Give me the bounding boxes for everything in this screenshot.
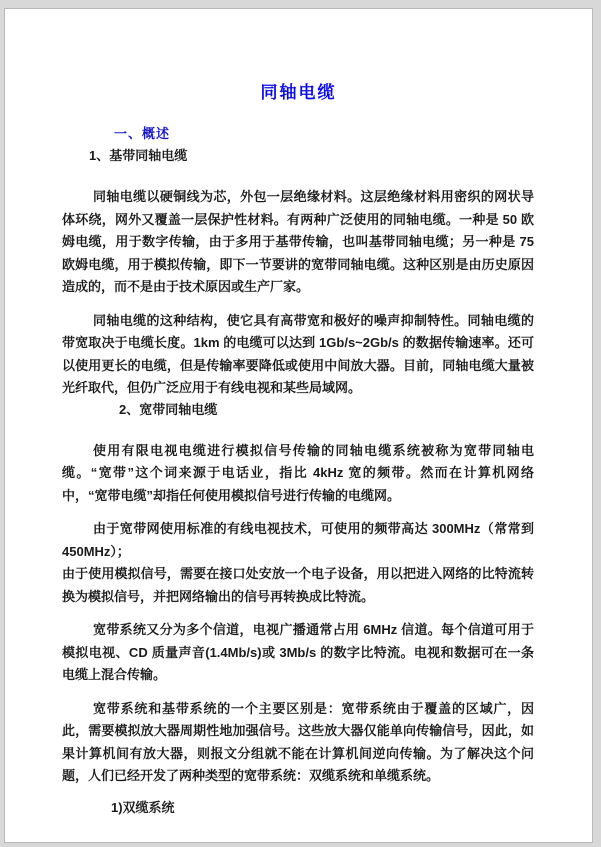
heading-broadband-coax: 2、宽带同轴电缆 xyxy=(119,401,592,418)
paragraph-broadband-frequency: 由于宽带网使用标准的有线电视技术，可使用的频带高达 300MHz（常常到 450… xyxy=(62,518,534,608)
paragraph-broadband-frequency-line2: 由于使用模拟信号，需要在接口处安放一个电子设备，用以把进入网络的比特流转换为模拟… xyxy=(62,566,534,604)
heading-baseband-coax: 1、基带同轴电缆 xyxy=(89,147,592,164)
paragraph-broadband-definition: 使用有限电视电缆进行模拟信号传输的同轴电缆系统被称为宽带同轴电缆。“宽带”这个词… xyxy=(62,440,534,508)
paragraph-baseband-structure: 同轴电缆以硬铜线为芯，外包一层绝缘材料。这层绝缘材料用密织的网状导体环绕，网外又… xyxy=(62,186,534,299)
document-page: 同轴电缆 一、概述 1、基带同轴电缆 同轴电缆以硬铜线为芯，外包一层绝缘材料。这… xyxy=(4,8,593,843)
paragraph-broadband-channels: 宽带系统又分为多个信道，电视广播通常占用 6MHz 信道。每个信道可用于模拟电视… xyxy=(62,619,534,687)
heading-overview: 一、概述 xyxy=(114,125,592,142)
paragraph-broadband-vs-baseband: 宽带系统和基带系统的一个主要区别是：宽带系统由于覆盖的区域广，因此，需要模拟放大… xyxy=(62,698,534,788)
document-canvas: 同轴电缆 一、概述 1、基带同轴电缆 同轴电缆以硬铜线为芯，外包一层绝缘材料。这… xyxy=(0,0,601,847)
paragraph-baseband-bandwidth: 同轴电缆的这种结构，使它具有高带宽和极好的噪声抑制特性。同轴电缆的带宽取决于电缆… xyxy=(62,310,534,400)
paragraph-broadband-frequency-line1: 由于宽带网使用标准的有线电视技术，可使用的频带高达 300MHz（常常到 450… xyxy=(62,521,534,559)
heading-dual-cable-system: 1)双缆系统 xyxy=(111,799,592,816)
document-title: 同轴电缆 xyxy=(5,83,592,103)
